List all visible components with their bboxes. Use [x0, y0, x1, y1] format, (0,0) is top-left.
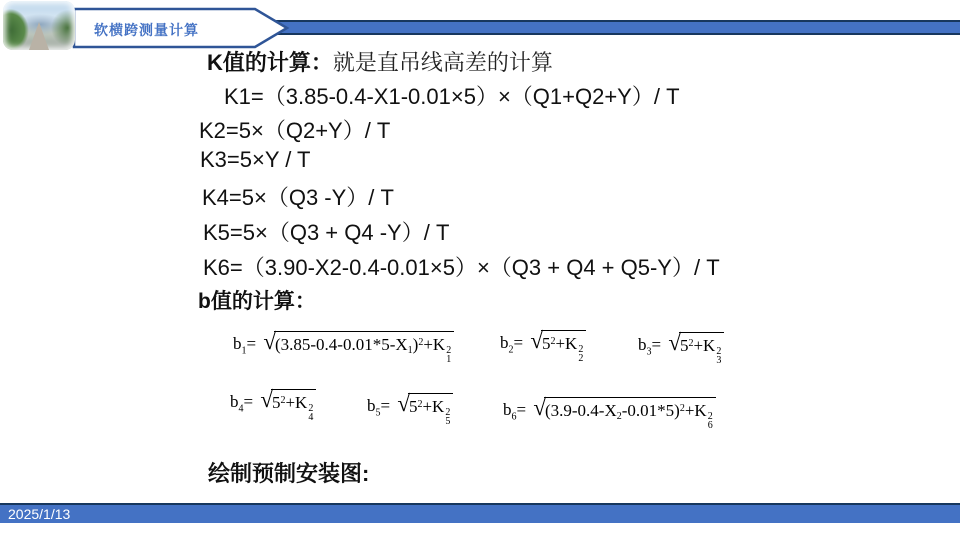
- k3-formula: K3=5×Y / T: [200, 147, 311, 173]
- k6-formula: K6=（3.90-X2-0.4-0.01×5）×（Q3 + Q4 + Q5-Y）…: [203, 251, 720, 282]
- b4-equation: b4= √52+K24: [230, 389, 316, 419]
- footer-bar: 2025/1/13: [0, 503, 960, 523]
- slide: 软横跨测量计算 K值的计算：就是直吊线高差的计算 K1=（3.85-0.4-X1…: [0, 0, 960, 540]
- k4-formula: K4=5×（Q3 -Y）/ T: [202, 181, 394, 212]
- b-section-heading: b值的计算：: [198, 285, 316, 315]
- k-heading-bold: K值的计算：: [207, 50, 333, 75]
- landscape-photo-image: [3, 1, 75, 50]
- k2-formula: K2=5×（Q2+Y）/ T: [199, 114, 390, 145]
- k-heading-rest: 就是直吊线高差的计算: [333, 50, 553, 75]
- install-drawing-note: 绘制预制安装图:: [208, 457, 369, 488]
- b6-equation: b6= √(3.9-0.4-X2-0.01*5)2+K26: [503, 397, 716, 427]
- slide-title: 软横跨测量计算: [94, 20, 199, 40]
- k-section-heading: K值的计算：就是直吊线高差的计算: [207, 46, 553, 77]
- b5-equation: b5= √52+K25: [367, 393, 453, 423]
- b3-equation: b3= √52+K23: [638, 332, 724, 362]
- b1-equation: b1= √(3.85-0.4-0.01*5-X1)2+K21: [233, 331, 454, 361]
- k5-formula: K5=5×（Q3 + Q4 -Y）/ T: [203, 216, 449, 247]
- k1-formula: K1=（3.85-0.4-X1-0.01×5）×（Q1+Q2+Y）/ T: [224, 80, 680, 111]
- b2-equation: b2= √52+K22: [500, 330, 586, 360]
- slide-date: 2025/1/13: [8, 506, 70, 522]
